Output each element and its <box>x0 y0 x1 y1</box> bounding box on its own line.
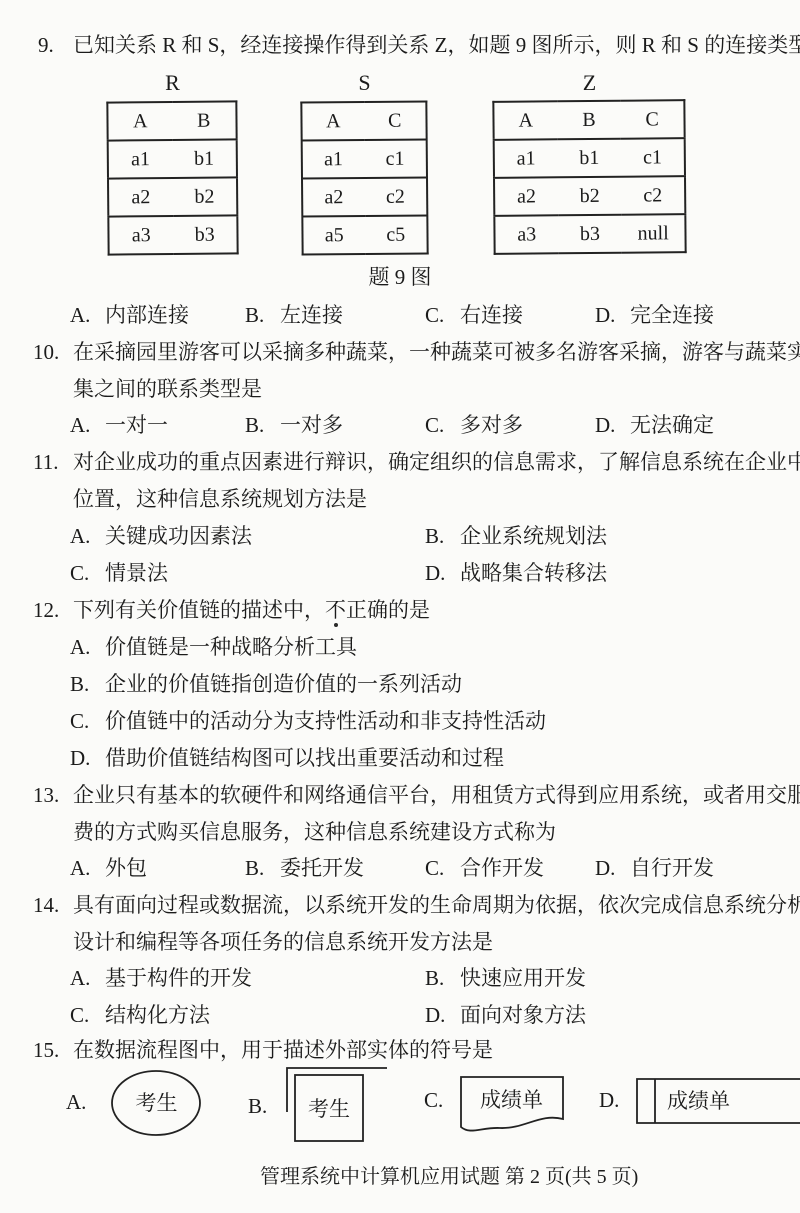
table-row: a2 c2 <box>302 177 427 216</box>
table-cell: a3 <box>108 216 173 255</box>
question-13-line1: 13.企业只有基本的软硬件和网络通信平台，用租赁方式得到应用系统，或者用交服务 <box>33 783 800 808</box>
table-cell: a2 <box>494 177 558 216</box>
question-number: 9. <box>38 33 73 58</box>
question-text: 已知关系 R 和 S，经连接操作得到关系 Z，如题 9 图所示，则 R 和 S … <box>73 33 800 57</box>
option-b: B.快速应用开发 <box>425 966 586 991</box>
option-b: B.委托开发 <box>245 856 425 881</box>
question-text: 集之间的联系类型是 <box>73 377 262 401</box>
table-row: a2 b2 c2 <box>494 176 685 216</box>
shape-letter-b: B. <box>248 1094 267 1119</box>
table-cell: B <box>172 101 237 140</box>
option-b: B.企业系统规划法 <box>425 524 607 549</box>
option-d: D.无法确定 <box>595 413 714 438</box>
question-text: 对企业成功的重点因素进行辩识，确定组织的信息需求，了解信息系统在企业中的 <box>73 450 800 474</box>
option-c: C.右连接 <box>425 303 595 328</box>
table-cell: c5 <box>365 215 428 254</box>
table-cell: b1 <box>172 139 237 178</box>
table-cell: b1 <box>557 139 621 178</box>
table-cell: c2 <box>365 177 428 216</box>
table-cell: null <box>622 214 686 253</box>
shape-letter-d: D. <box>599 1088 619 1113</box>
question-number: 10. <box>33 340 73 365</box>
option-c: C.合作开发 <box>425 856 595 881</box>
shape-letter-a: A. <box>66 1090 86 1115</box>
table-cell: a2 <box>108 178 173 217</box>
question-11-line2: 位置，这种信息系统规划方法是 <box>73 487 367 512</box>
question-11-line1: 11.对企业成功的重点因素进行辩识，确定组织的信息需求，了解信息系统在企业中的 <box>33 450 800 475</box>
table-cell: a1 <box>494 139 558 178</box>
question-12-option-a: A.价值链是一种战略分析工具 <box>70 635 357 660</box>
table-cell: b3 <box>558 215 622 254</box>
option-a: A.外包 <box>70 856 245 881</box>
question-12-option-d: D.借助价值链结构图可以找出重要活动和过程 <box>70 746 504 771</box>
option-c: C.结构化方法 <box>70 1003 425 1028</box>
table-r-title: R <box>107 70 238 95</box>
table-row: a3 b3 null <box>494 214 685 254</box>
option-d: D.完全连接 <box>595 303 714 328</box>
question-13-options: A.外包B.委托开发C.合作开发D.自行开发 <box>70 856 714 881</box>
option-c: C.多对多 <box>425 413 595 438</box>
table-cell: c1 <box>621 138 685 177</box>
table-row: a3 b3 <box>108 215 237 254</box>
table-cell: C <box>621 100 685 139</box>
table-cell: a1 <box>108 140 173 179</box>
table-cell: a5 <box>302 216 365 255</box>
option-d: D.面向对象方法 <box>425 1003 586 1028</box>
table-cell: B <box>557 101 621 140</box>
option-a: A.关键成功因素法 <box>70 524 425 549</box>
option-a: A.一对一 <box>70 413 245 438</box>
table-z-title: Z <box>493 70 686 95</box>
shape-text-d: 成绩单 <box>667 1089 730 1114</box>
shape-text-c: 成绩单 <box>460 1088 563 1113</box>
emphasized-char: 不 <box>325 598 346 622</box>
question-number: 12. <box>33 598 73 623</box>
option-a: A.内部连接 <box>70 303 245 328</box>
question-10-options: A.一对一B.一对多C.多对多D.无法确定 <box>70 413 714 438</box>
table-cell: c1 <box>364 139 427 178</box>
question-13-line2: 费的方式购买信息服务，这种信息系统建设方式称为 <box>73 820 556 845</box>
table-z: A B C a1 b1 c1 a2 b2 c2 a3 b3 null <box>492 99 686 255</box>
option-d: D.战略集合转移法 <box>425 561 607 586</box>
question-text: 具有面向过程或数据流，以系统开发的生命周期为依据，依次完成信息系统分析、 <box>73 893 800 917</box>
question-14-options-ab: A.基于构件的开发B.快速应用开发 <box>70 966 586 991</box>
table-row: a2 b2 <box>108 177 237 216</box>
question-11-options-cd: C.情景法D.战略集合转移法 <box>70 561 607 586</box>
table-row: a5 c5 <box>302 215 427 254</box>
table-cell: b2 <box>173 177 238 216</box>
table-row: a1 c1 <box>302 139 427 178</box>
question-number: 11. <box>33 450 73 475</box>
option-c: C.情景法 <box>70 561 425 586</box>
table-r: A B a1 b1 a2 b2 a3 b3 <box>106 100 238 255</box>
question-10-line1: 10.在采摘园里游客可以采摘多种蔬菜，一种蔬菜可被多名游客采摘，游客与蔬菜实体 <box>33 340 800 365</box>
table-row: A C <box>301 101 426 140</box>
table-cell: a1 <box>302 140 365 179</box>
question-number: 14. <box>33 893 73 918</box>
table-cell: a3 <box>494 215 558 254</box>
table-cell: A <box>107 102 172 141</box>
table-cell: A <box>493 101 557 140</box>
question-14-line2: 设计和编程等各项任务的信息系统开发方法是 <box>73 930 493 955</box>
table-cell: A <box>301 102 364 141</box>
question-9-options: A.内部连接B.左连接C.右连接D.完全连接 <box>70 303 714 328</box>
shape-letter-c: C. <box>424 1088 443 1113</box>
page-footer: 管理系统中计算机应用试题 第 2 页(共 5 页) <box>260 1160 638 1189</box>
table-row: a1 b1 <box>108 139 237 178</box>
question-text: 设计和编程等各项任务的信息系统开发方法是 <box>73 930 493 954</box>
option-b: B.一对多 <box>245 413 425 438</box>
question-text: 企业只有基本的软硬件和网络通信平台，用租赁方式得到应用系统，或者用交服务 <box>73 783 800 807</box>
question-text: 位置，这种信息系统规划方法是 <box>73 487 367 511</box>
table-row: A B <box>107 101 236 140</box>
table-row: a1 b1 c1 <box>494 138 685 178</box>
table-cell: b3 <box>173 215 238 254</box>
table-cell: c2 <box>621 176 685 215</box>
table-s-title: S <box>301 70 428 95</box>
figure-caption: 题 9 图 <box>300 265 500 290</box>
table-row: A B C <box>493 100 684 140</box>
option-b: B.左连接 <box>245 303 425 328</box>
question-12-option-b: B.企业的价值链指创造价值的一系列活动 <box>70 672 462 697</box>
question-14-options-cd: C.结构化方法D.面向对象方法 <box>70 1003 586 1028</box>
question-11-options-ab: A.关键成功因素法B.企业系统规划法 <box>70 524 607 549</box>
table-cell: b2 <box>558 177 622 216</box>
question-number: 13. <box>33 783 73 808</box>
question-14-line1: 14.具有面向过程或数据流，以系统开发的生命周期为依据，依次完成信息系统分析、 <box>33 893 800 918</box>
question-text: 在采摘园里游客可以采摘多种蔬菜，一种蔬菜可被多名游客采摘，游客与蔬菜实体 <box>73 340 800 364</box>
question-text: 费的方式购买信息服务，这种信息系统建设方式称为 <box>73 820 556 844</box>
question-12-option-c: C.价值链中的活动分为支持性活动和非支持性活动 <box>70 709 546 734</box>
question-text: 下列有关价值链的描述中，不正确的是 <box>73 598 430 622</box>
option-a: A.基于构件的开发 <box>70 966 425 991</box>
table-cell: C <box>364 101 427 140</box>
shape-text-b: 考生 <box>295 1097 363 1122</box>
question-10-line2: 集之间的联系类型是 <box>73 377 262 402</box>
question-12-line: 12.下列有关价值链的描述中，不正确的是 <box>33 598 430 623</box>
question-9-line: 9.已知关系 R 和 S，经连接操作得到关系 Z，如题 9 图所示，则 R 和 … <box>38 33 800 58</box>
table-cell: a2 <box>302 178 365 217</box>
shape-text-a: 考生 <box>113 1091 200 1116</box>
exam-page: 9.已知关系 R 和 S，经连接操作得到关系 Z，如题 9 图所示，则 R 和 … <box>0 0 800 1213</box>
table-s: A C a1 c1 a2 c2 a5 c5 <box>300 100 428 255</box>
option-d: D.自行开发 <box>595 856 714 881</box>
